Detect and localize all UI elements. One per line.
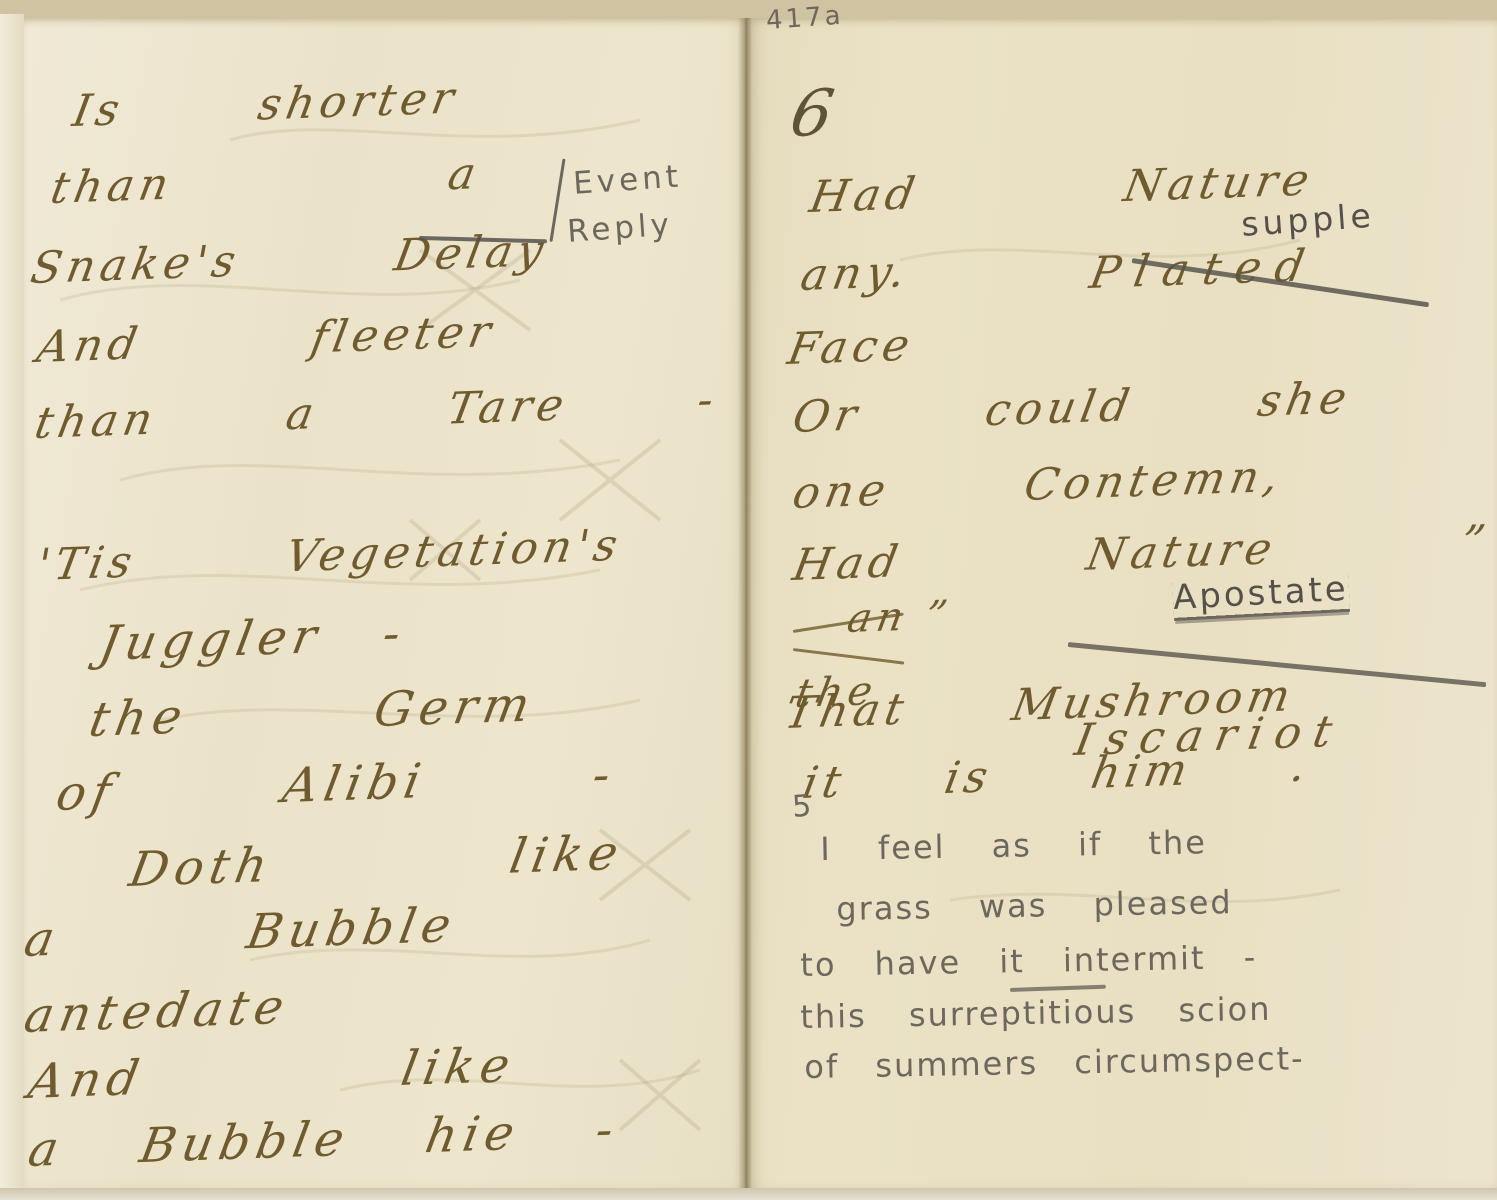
prose-line: grass was pleased bbox=[836, 883, 1233, 928]
marginal-variant-note: Event bbox=[572, 158, 683, 202]
manuscript-spread: 417a Is shorter than a Snake's Delay And… bbox=[0, 0, 1497, 1200]
paper-edge-sliver bbox=[0, 14, 24, 1192]
prose-line: I feel as if the bbox=[820, 823, 1207, 868]
poem-line: Juggler - bbox=[95, 605, 411, 672]
poem-line: an ” bbox=[844, 592, 956, 642]
poem-line: Face bbox=[784, 320, 918, 375]
marginal-variant-note: Reply bbox=[566, 207, 674, 250]
pencil-numeral: 5 bbox=[791, 789, 812, 825]
archive-label: 417a bbox=[765, 1, 844, 36]
poem-line: antedate bbox=[20, 979, 294, 1044]
paper-bottom-edge bbox=[0, 1188, 1497, 1200]
poem-line: any. bbox=[797, 246, 914, 301]
center-fold-crease bbox=[738, 18, 752, 1188]
prose-line: to have it intermit - bbox=[800, 938, 1258, 984]
